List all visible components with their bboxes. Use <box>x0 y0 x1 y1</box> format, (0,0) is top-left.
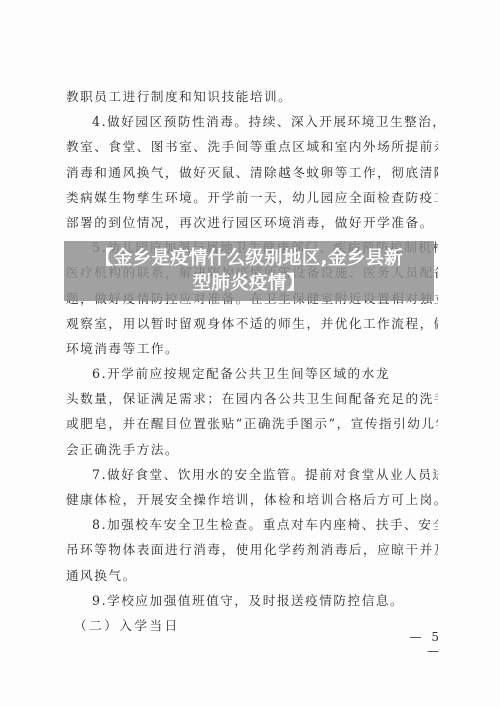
title-banner-overlay: 【金乡是疫情什么级别地区,金乡县新 型肺炎疫情】 <box>64 241 434 301</box>
document-page: 教职员工进行制度和知识技能培训。 4.做好园区预防性消毒。持续、深入开展环境卫生… <box>0 0 500 707</box>
text-line: 消毒和通风换气，做好灭鼠、清除越冬蚊卵等工作，彻底清除各 <box>66 160 438 185</box>
text-line: 教室、食堂、图书室、洗手间等重点区域和室内外场所提前杀菌 <box>66 134 438 159</box>
text-line: 7.做好食堂、饮用水的安全监管。提前对食堂从业人员进行 <box>66 462 438 487</box>
text-line: 吊环等物体表面进行消毒，使用化学药剂消毒后，应晾干并及时 <box>66 537 438 562</box>
document-body: 教职员工进行制度和知识技能培训。 4.做好园区预防性消毒。持续、深入开展环境卫生… <box>66 84 438 638</box>
text-line: 6.开学前应按规定配备公共卫生间等区域的水龙 <box>66 361 438 386</box>
text-line: 会正确洗手方法。 <box>66 437 438 462</box>
text-line: 4.做好园区预防性消毒。持续、深入开展环境卫生整治，对 <box>66 109 438 134</box>
section-heading: （二）入学当日 <box>66 613 438 638</box>
text-line: 8.加强校车安全卫生检查。重点对车内座椅、扶手、安全带、 <box>66 512 438 537</box>
banner-title-line-2: 型肺炎疫情】 <box>193 271 306 296</box>
text-line: 教职员工进行制度和知识技能培训。 <box>66 84 438 109</box>
banner-title-line-1: 【金乡是疫情什么级别地区,金乡县新 <box>95 246 403 271</box>
text-line: 或肥皂，并在醒目位置张贴“正确洗手图示”，宣传指引幼儿学 <box>66 411 438 436</box>
text-line: 健康体检，开展安全操作培训，体检和培训合格后方可上岗。 <box>66 487 438 512</box>
text-line: 部署的到位情况，再次进行园区环境消毒，做好开学准备。 <box>66 210 438 235</box>
text-line: 9.学校应加强值班值守，及时报送疫情防控信息。 <box>66 588 438 613</box>
text-line: 通风换气。 <box>66 563 438 588</box>
text-line: 类病媒生物孳生环境。开学前一天，幼儿园应全面检查防疫工作 <box>66 185 438 210</box>
text-line: 头数量，保证满足需求；在园内各公共卫生间配备充足的洗手液 <box>66 386 438 411</box>
text-line: 环境消毒等工作。 <box>66 336 438 361</box>
text-line: 观察室，用以暂时留观身体不适的师生，并优化工作流程，做好 <box>66 311 438 336</box>
page-number: — 5 — <box>392 630 442 658</box>
